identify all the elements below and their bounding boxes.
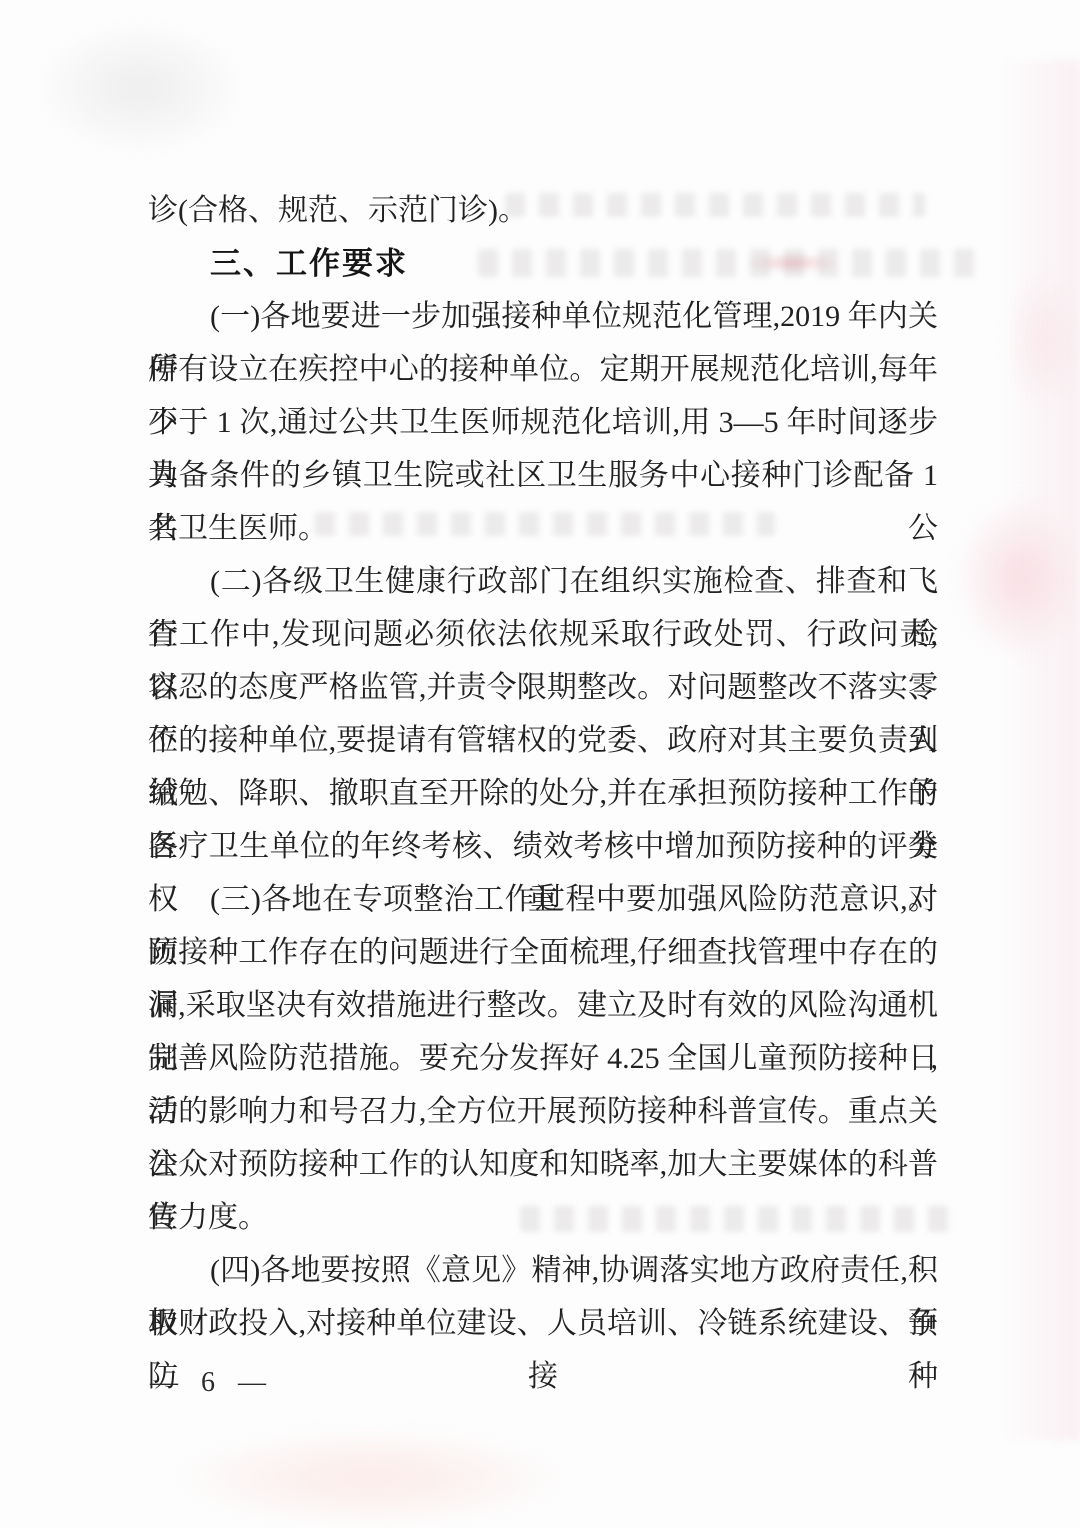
pink-stain — [1005, 270, 1080, 410]
page-number: — 6 — — [150, 1356, 274, 1409]
text-line: (一)各地要进一步加强接种单位规范化管理,2019 年内关停 — [148, 290, 938, 343]
pink-stain — [165, 1428, 575, 1528]
document-body: 诊(合格、规范、示范门诊)。 三、工作要求 (一)各地要进一步加强接种单位规范化… — [148, 184, 938, 1350]
text-line: 医疗卫生单位的年终考核、绩效考核中增加预防接种的评分权重。 — [148, 820, 938, 873]
text-line: 诫勉、降职、撤职直至开除的处分,并在承担预防接种工作的各类 — [148, 767, 938, 820]
text-line: (四)各地要按照《意见》精神,协调落实地方政府责任,积极争 — [148, 1244, 938, 1297]
text-line: (三)各地在专项整治工作过程中要加强风险防范意识,对预 — [148, 873, 938, 926]
text-line: 所有设立在疾控中心的接种单位。定期开展规范化培训,每年不 — [148, 343, 938, 396]
text-line: 公众对预防接种工作的认知度和知晓率,加大主要媒体的科普宣 — [148, 1138, 938, 1191]
scan-smudge — [30, 18, 250, 158]
text-line: 少于 1 次,通过公共卫生医师规范化培训,用 3—5 年时间逐步为 — [148, 396, 938, 449]
text-line: 动的影响力和号召力,全方位开展预防接种科普宣传。重点关注 — [148, 1085, 938, 1138]
text-line: 具备条件的乡镇卫生院或社区卫生服务中心接种门诊配备 1 名公 — [148, 449, 938, 502]
text-line: 查工作中,发现问题必须依法依规采取行政处罚、行政问责,以零 — [148, 608, 938, 661]
section-heading: 三、工作要求 — [148, 237, 938, 290]
text-line: 防接种工作存在的问题进行全面梳理,仔细查找管理中存在的漏 — [148, 926, 938, 979]
text-line: 取财政投入,对接种单位建设、人员培训、冷链系统建设、预防接种 — [148, 1297, 938, 1350]
text-line: 诊(合格、规范、示范门诊)。 — [148, 184, 938, 237]
document-page: 诊(合格、规范、示范门诊)。 三、工作要求 (一)各地要进一步加强接种单位规范化… — [0, 0, 1080, 1528]
text-line: 容忍的态度严格监管,并责令限期整改。对问题整改不落实、不到 — [148, 661, 938, 714]
text-line: 完善风险防范措施。要充分发挥好 4.25 全国儿童预防接种日活 — [148, 1032, 938, 1085]
text-line: 位的接种单位,要提请有管辖权的党委、政府对其主要负责人给予 — [148, 714, 938, 767]
pink-edge-tint — [1000, 60, 1080, 1440]
pink-stain — [955, 495, 1080, 660]
text-line: 传力度。 — [148, 1191, 938, 1244]
text-line: 洞,采取坚决有效措施进行整改。建立及时有效的风险沟通机制, — [148, 979, 938, 1032]
text-line: (二)各级卫生健康行政部门在组织实施检查、排查和飞行检 — [148, 555, 938, 608]
